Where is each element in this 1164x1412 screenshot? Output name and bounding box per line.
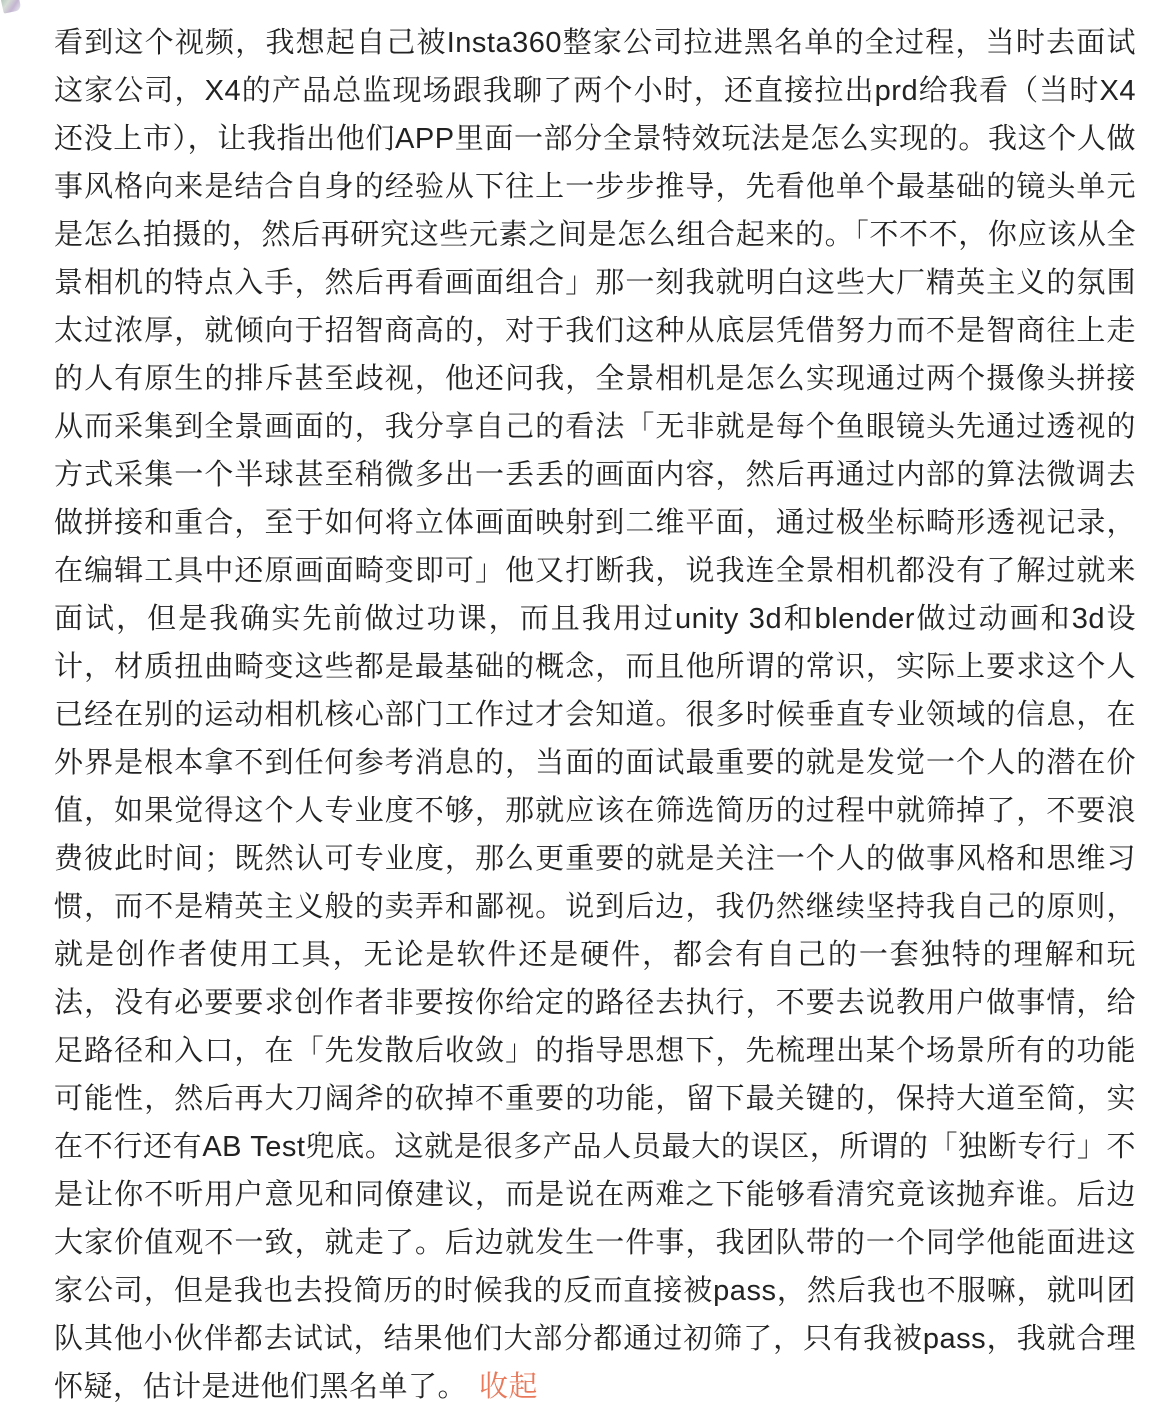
corner-image-fragment [1,0,22,14]
comment-expanded-view: 看到这个视频，我想起自己被Insta360整家公司拉进黑名单的全过程，当时去面试… [0,0,1164,1412]
comment-body-text: 看到这个视频，我想起自己被Insta360整家公司拉进黑名单的全过程，当时去面试… [54,27,1136,1403]
collapse-link[interactable]: 收起 [479,1371,538,1403]
comment-text-block: 看到这个视频，我想起自己被Insta360整家公司拉进黑名单的全过程，当时去面试… [54,19,1136,1411]
